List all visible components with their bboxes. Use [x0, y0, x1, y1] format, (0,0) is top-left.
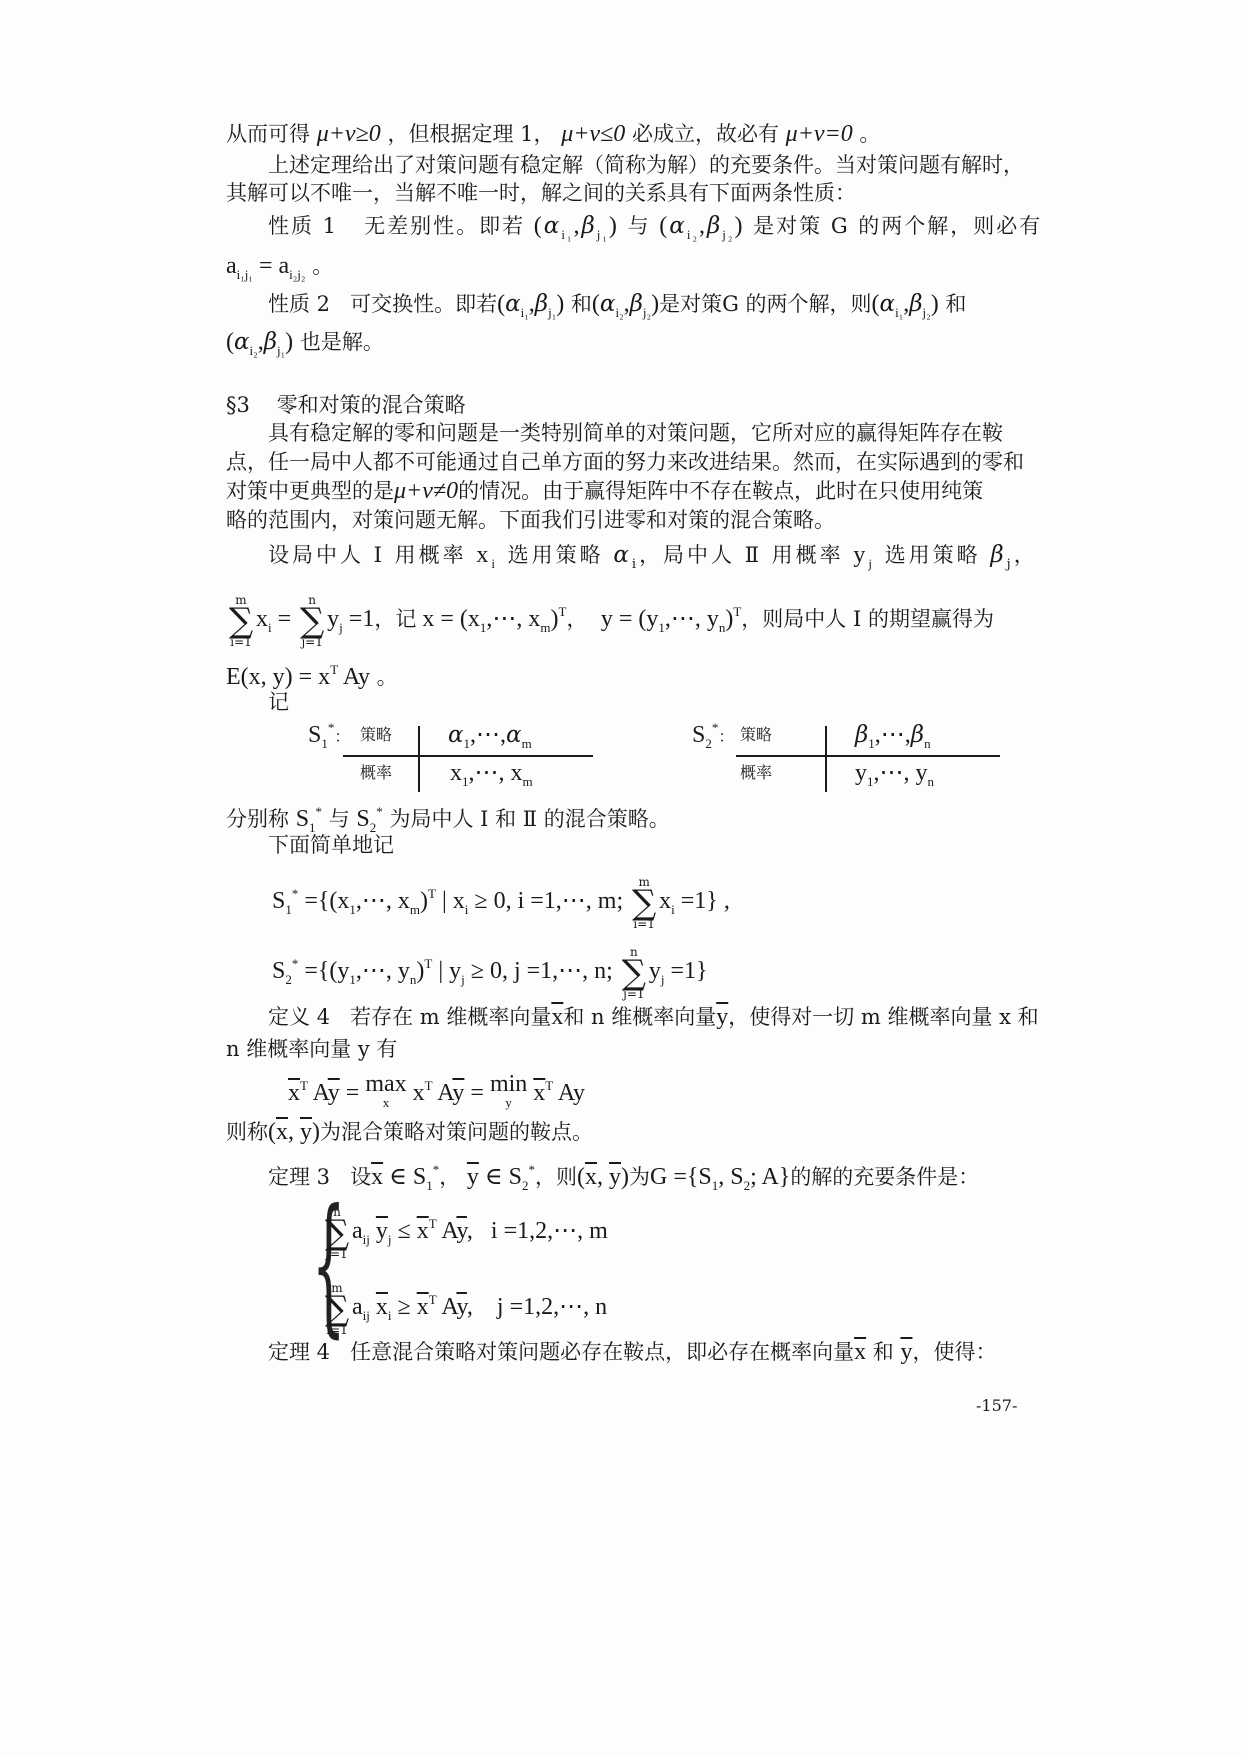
text: 和 [571, 292, 592, 316]
text: 必成立，故必有 [632, 122, 779, 146]
property-label: 性质 1 [268, 214, 338, 238]
text: 从而可得 [226, 122, 310, 146]
paragraph-line: 从而可得 μ+ν≥0 ，但根据定理 1， μ+ν≤0 必成立，故必有 μ+ν=0… [226, 120, 880, 148]
text: 无差别性。即若 [364, 214, 525, 238]
text: 为局中人 Ⅰ 和 Ⅱ 的混合策略。 [389, 807, 669, 831]
section-heading: §3 零和对策的混合策略 [226, 391, 466, 419]
table-cell: α1,⋯,αm [448, 720, 532, 752]
paragraph-line: (αi₂,βj₁) 也是解。 [226, 328, 384, 365]
text: 选用策略 [885, 543, 981, 567]
table-label: S2*： [692, 720, 734, 752]
formula: ai₁j₁ = ai₂j₂ [226, 253, 305, 279]
page-number: -157- [976, 1396, 1017, 1415]
formula: (αi₁,βj₁) [534, 213, 619, 239]
definition-label: 定义 4 [268, 1005, 330, 1029]
table-head: 策略 [360, 722, 392, 745]
definition-4: 定义 4 若存在 m 维概率向量x和 n 维概率向量y，使得对一切 m 维概率向… [268, 1003, 1039, 1031]
sum-symbol: n∑j=1 [619, 946, 649, 1000]
property-label: 性质 2 [268, 292, 330, 316]
sum-symbol: m∑i=1 [322, 1282, 352, 1336]
text: 任意混合策略对策问题必存在鞍点，即必存在概率向量 [350, 1340, 854, 1364]
text: 为 [629, 1165, 650, 1189]
text: ， [439, 1165, 460, 1189]
formula: (αi₂,βj₁) [226, 329, 293, 355]
text: 对策中更典型的是 [226, 479, 394, 503]
formula-line: m∑i=1xi = n∑j=1yj =1，记 x = (x1,⋯, xm)T， … [226, 584, 994, 656]
text: 为混合策略对策问题的鞍点。 [320, 1120, 593, 1144]
text: 的解的充要条件是： [790, 1165, 979, 1189]
section-title: 零和对策的混合策略 [277, 393, 466, 417]
theorem-3: 定理 3 设x ∈ S1*， y ∈ S2*，则(x, y)为G ={S1, S… [268, 1156, 979, 1200]
text: ，但根据定理 1， [387, 122, 554, 146]
paragraph-line: n 维概率向量 y 有 [226, 1035, 397, 1063]
theorem-4: 定理 4 任意混合策略对策问题必存在鞍点，即必存在概率向量x 和 y，使得： [268, 1338, 996, 1366]
paragraph-line: 上述定理给出了对策问题有稳定解（简称为解）的充要条件。当对策问题有解时， [268, 151, 1024, 179]
formula: xi [476, 542, 498, 568]
text: 若存在 m 维概率向量 [350, 1005, 551, 1029]
text: 设局中人 Ⅰ 用概率 [268, 543, 467, 567]
paragraph-line: 记 [268, 688, 289, 716]
text: 。 [377, 665, 398, 689]
text: ， [1014, 543, 1038, 567]
formula: (αi₂,βj₂) [592, 291, 659, 317]
text: 选用策略 [508, 543, 604, 567]
text: ，使得对一切 m 维概率向量 x 和 [728, 1005, 1038, 1029]
formula: βj [990, 542, 1013, 568]
formula: E(x, y) = xT Ay [226, 664, 370, 690]
formula-saddle: xT Ay = maxx xT Ay = miny xT Ay [288, 1072, 585, 1110]
formula-s2-set: S2* ={(y1,⋯, yn)T | yj ≥ 0, j =1,⋯, n; n… [272, 936, 708, 1008]
table-divider [343, 755, 593, 757]
formula: μ+ν≠0 [394, 478, 458, 504]
formula: μ+ν≥0 [317, 121, 381, 147]
paragraph-line: 点，任一局中人都不可能通过自己单方面的努力来改进结果。然而，在实际遇到的零和 [226, 448, 1024, 476]
paragraph-line: 下面简单地记 [268, 831, 394, 859]
formula: μ+ν=0 [786, 121, 853, 147]
table-head: 概率 [740, 760, 772, 783]
text: ，记 [374, 607, 416, 631]
paragraph-line: 略的范围内，对策问题无解。下面我们引进零和对策的混合策略。 [226, 506, 835, 534]
property-1: 性质 1 无差别性。即若 (αi₁,βj₁) 与 (αi₂,βj₂) 是对策 G… [268, 212, 1042, 249]
sum-symbol: n∑j=1 [297, 594, 327, 648]
text: 设 [350, 1165, 371, 1189]
formula-s1-set: S1* ={(x1,⋯, xm)T | xi ≥ 0, i =1,⋯, m; m… [272, 866, 730, 938]
table-label: S1*： [308, 720, 350, 752]
formula: αi [613, 542, 639, 568]
text: ， [566, 607, 587, 631]
text: 和 [873, 1340, 894, 1364]
text: 与 [628, 214, 651, 238]
text: 。 [859, 122, 880, 146]
paragraph-line: 设局中人 Ⅰ 用概率 xi 选用策略 αi，局中人 Ⅱ 用概率 yj 选用策略 … [268, 541, 1038, 579]
text: 分别称 [226, 807, 289, 831]
formula: yj [853, 542, 875, 568]
formula: μ+ν≤0 [561, 121, 625, 147]
table-divider [736, 755, 1000, 757]
text: 是对策G 的两个解，则 [659, 292, 871, 316]
text: 的情况。由于赢得矩阵中不存在鞍点，此时在只使用纯策 [458, 479, 983, 503]
formula-line: ai₁j₁ = ai₂j₂ 。 [226, 252, 333, 289]
sum-symbol: m∑i=1 [629, 876, 659, 930]
table-cell: y1,⋯, yn [855, 758, 934, 790]
paragraph-line: 则称(x, y)为混合策略对策问题的鞍点。 [226, 1118, 593, 1146]
paragraph-line: 具有稳定解的零和问题是一类特别简单的对策问题，它所对应的赢得矩阵存在鞍 [268, 419, 1003, 447]
formula: (αi₂,βj₂) [659, 213, 744, 239]
text: ，局中人 Ⅱ 用概率 [639, 543, 844, 567]
text: 。 [312, 254, 333, 278]
text: 与 [329, 807, 350, 831]
table-cell: β1,⋯,βn [855, 720, 931, 752]
text: 可交换性。即若 [350, 292, 497, 316]
text: ，使得： [912, 1340, 996, 1364]
text: 是对策 G 的两个解，则必有 [753, 214, 1042, 238]
text: ，则 [535, 1165, 577, 1189]
formula: (αi₁,βj₁) [497, 291, 564, 317]
section-number: §3 [226, 393, 250, 417]
table-head: 策略 [740, 722, 772, 745]
paragraph-line: 对策中更典型的是μ+ν≠0的情况。由于赢得矩阵中不存在鞍点，此时在只使用纯策 [226, 477, 983, 505]
inequality-2: m∑i=1aij xi ≥ xT Ay, j =1,2,⋯, n [322, 1272, 607, 1344]
text: 则称 [226, 1120, 268, 1144]
inequality-1: n∑j=1aij yj ≤ xT Ay, i =1,2,⋯, m [322, 1196, 608, 1268]
paragraph-line: 其解可以不唯一，当解不唯一时，解之间的关系具有下面两条性质： [226, 179, 856, 207]
formula-line: E(x, y) = xT Ay 。 [226, 656, 398, 691]
theorem-label: 定理 4 [268, 1340, 330, 1364]
sum-symbol: m∑i=1 [226, 594, 256, 648]
table-divider [418, 726, 420, 792]
table-divider [825, 726, 827, 792]
text: ，则局中人 Ⅰ 的期望赢得为 [741, 607, 994, 631]
table-cell: x1,⋯, xm [450, 758, 533, 790]
sum-symbol: n∑j=1 [322, 1206, 352, 1260]
text: 也是解。 [300, 330, 384, 354]
text: 和 [945, 292, 966, 316]
table-head: 概率 [360, 760, 392, 783]
formula: (αi₁,βj₂) [872, 291, 939, 317]
text: 和 n 维概率向量 [563, 1005, 716, 1029]
property-2: 性质 2 可交换性。即若(αi₁,βj₁) 和(αi₂,βj₂)是对策G 的两个… [268, 290, 966, 327]
